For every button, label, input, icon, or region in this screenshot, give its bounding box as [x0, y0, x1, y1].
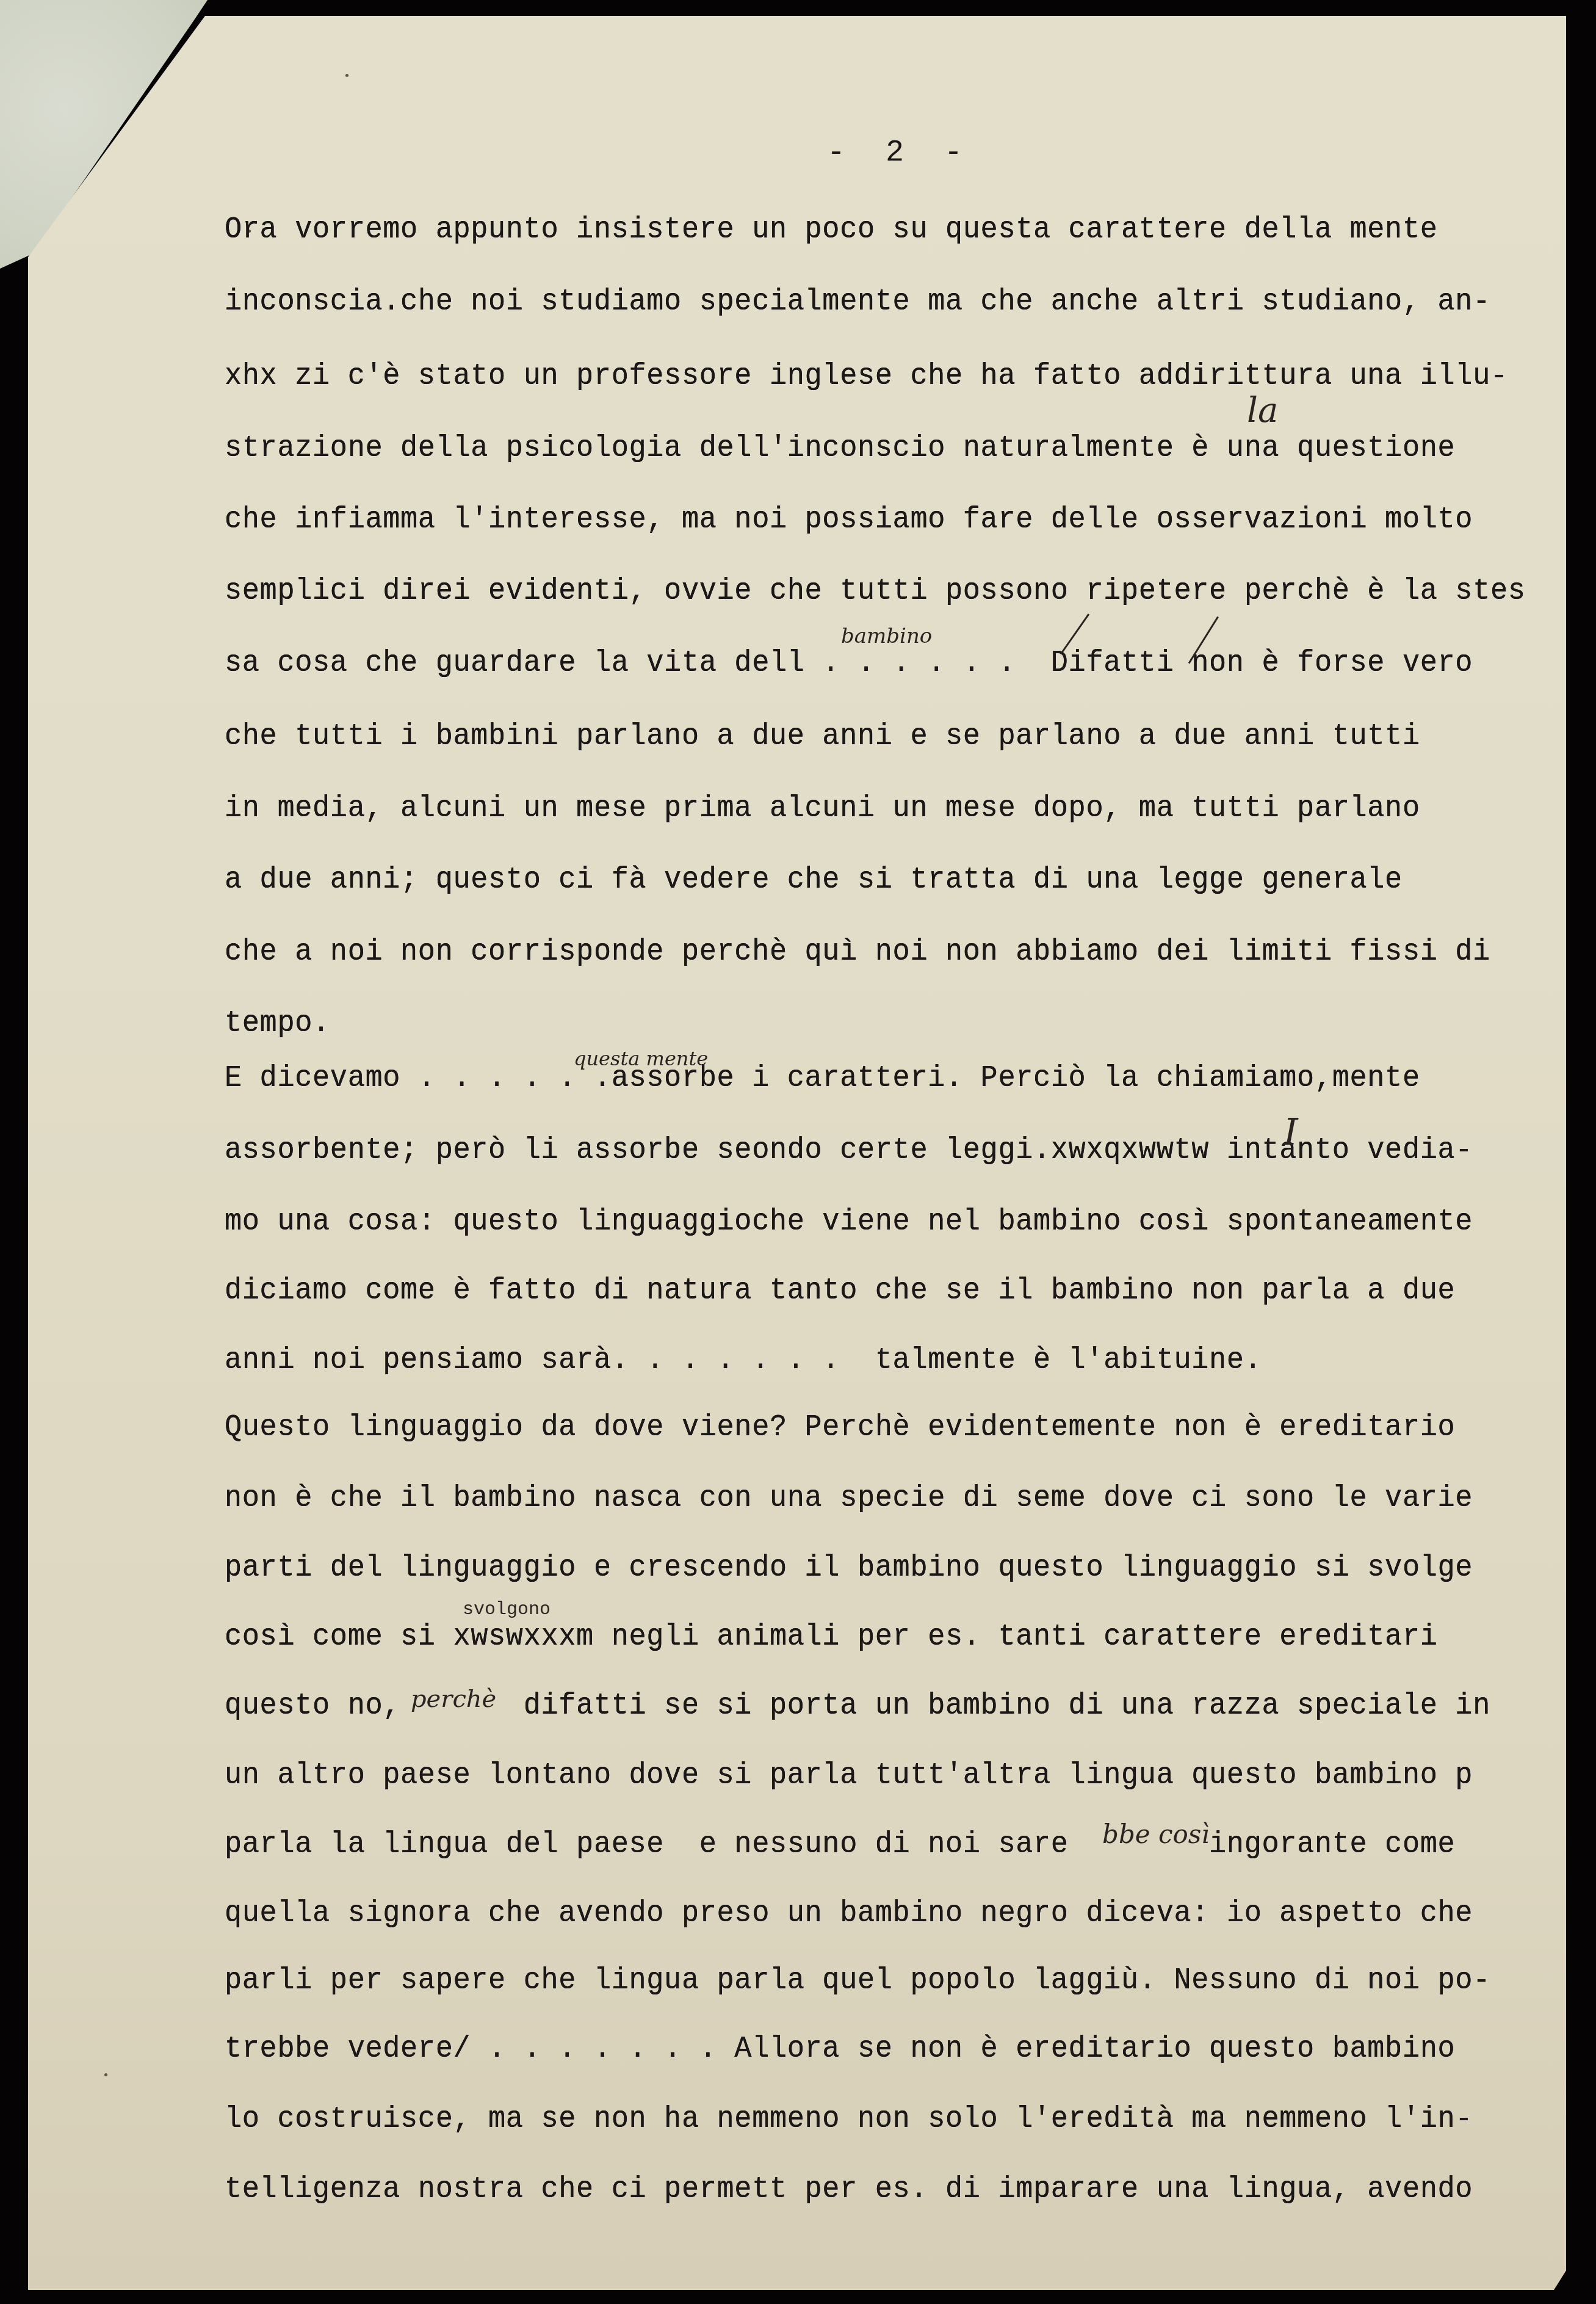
paper-speck	[345, 74, 348, 77]
text-line: parla la lingua del paese e nessuno di n…	[225, 1828, 1455, 1862]
text-line: xhx zi c'è stato un professore inglese c…	[225, 360, 1508, 394]
handwritten-perche: perchè	[411, 1685, 496, 1713]
handwritten-questa-mente: questa mente	[574, 1047, 708, 1070]
text-line: diciamo come è fatto di natura tanto che…	[225, 1274, 1455, 1308]
text-line: che infiamma l'interesse, ma noi possiam…	[225, 503, 1473, 537]
page-number: - 2 -	[827, 136, 973, 170]
handwritten-sarebbe-cosi: bbe così	[1102, 1819, 1210, 1849]
text-line: un altro paese lontano dove si parla tut…	[225, 1759, 1473, 1793]
text-line: trebbe vedere/ . . . . . . . Allora se n…	[225, 2032, 1455, 2067]
text-line: lo costruisce, ma se non ha nemmeno non …	[225, 2103, 1473, 2137]
handwritten-correction-la: la	[1247, 391, 1278, 430]
text-line: che a noi non corrisponde perchè quì noi…	[225, 935, 1490, 969]
text-line: in media, alcuni un mese prima alcuni un…	[225, 792, 1420, 826]
handwritten-capital-I: I	[1284, 1111, 1298, 1154]
text-line: anni noi pensiamo sarà. . . . . . . talm…	[225, 1344, 1262, 1378]
text-line: semplici direi evidenti, ovvie che tutti…	[225, 574, 1526, 609]
typed-overstrike-svolgono: svolgono	[463, 1599, 551, 1620]
paper-speck	[104, 2073, 107, 2076]
text-line: sa cosa che guardare la vita dell . . . …	[225, 647, 1473, 681]
text-line: a due anni; questo ci fà vedere che si t…	[225, 863, 1403, 897]
text-line: inconscia.che noi studiamo specialmente …	[225, 285, 1490, 319]
text-line: parli per sapere che lingua parla quel p…	[225, 1964, 1490, 1998]
text-line: telligenza nostra che ci permett per es.…	[225, 2173, 1473, 2207]
text-line: mo una cosa: questo linguaggioche viene …	[225, 1205, 1473, 1239]
text-line: strazione della psicologia dell'inconsci…	[225, 432, 1455, 466]
text-line: quella signora che avendo preso un bambi…	[225, 1897, 1473, 1931]
text-line: parti del linguaggio e crescendo il bamb…	[225, 1551, 1473, 1585]
text-line: non è che il bambino nasca con una speci…	[225, 1482, 1473, 1516]
text-line: tempo.	[225, 1007, 330, 1041]
handwritten-bambino: bambino	[841, 624, 932, 648]
text-line: Questo linguaggio da dove viene? Perchè …	[225, 1411, 1455, 1445]
text-line: Ora vorremo appunto insistere un poco su…	[225, 213, 1438, 247]
text-line: E dicevamo . . . . . .assorbe i caratter…	[225, 1062, 1420, 1096]
text-line: così come si xwswxxxm negli animali per …	[225, 1620, 1438, 1654]
text-line: che tutti i bambini parlano a due anni e…	[225, 720, 1420, 754]
